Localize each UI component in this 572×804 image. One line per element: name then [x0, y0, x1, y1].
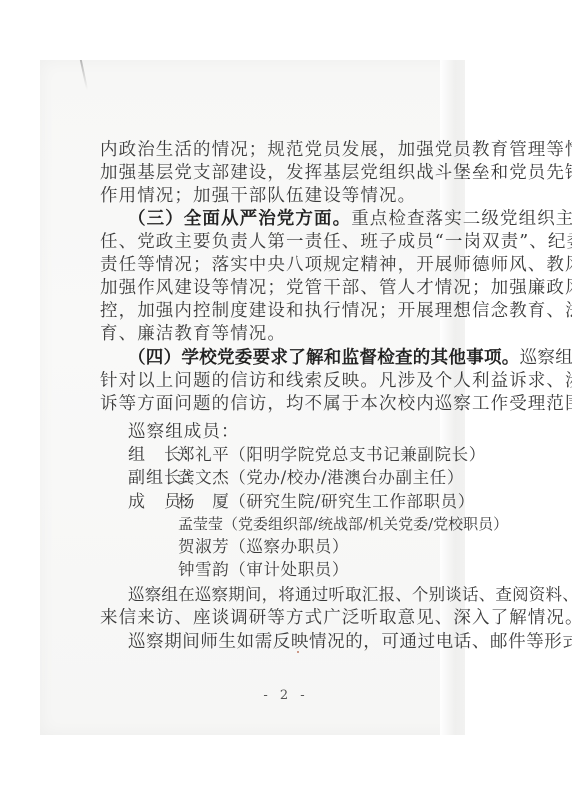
roster-entry: 龚文杰（党办/校办/港澳台办副主任）: [178, 467, 464, 489]
roster-entry: 孟莹莹（党委组织部/统战部/机关党委/党校职员）: [178, 513, 508, 535]
text-line: 巡察期间师生如需反映情况的，可通过电话、邮件等形式向: [128, 631, 468, 653]
section-3-heading: （三）全面从严治党方面。: [128, 209, 351, 229]
text-line: 巡察组在巡察期间，将通过听取汇报、个别谈话、查阅资料、: [128, 584, 468, 606]
text-line: 针对以上问题的信访和线索反映。凡涉及个人利益诉求、涉法涉: [100, 370, 466, 392]
roster-entry: 杨 厦（研究生院/研究生工作部职员）: [178, 491, 475, 513]
roster-title: 巡察组成员：: [128, 421, 494, 443]
text-line: 作用情况；加强干部队伍建设等情况。: [100, 185, 466, 207]
text-line: 控，加强内控制度建设和执行情况；开展理想信念教育、法纪教: [100, 300, 466, 322]
section-3-text: 重点检查落实二级党组织主体责: [351, 209, 572, 229]
text-line: 责任等情况；落实中央八项规定精神，开展师德师风、教风学风，: [100, 254, 466, 276]
text-line: 任、党政主要负责人第一责任、班子成员“一岗双责”、纪委监督: [100, 231, 466, 253]
section-4-text: 巡察组受理: [520, 348, 572, 368]
text-line: 诉等方面问题的信访，均不属于本次校内巡察工作受理范围。: [100, 393, 466, 415]
text-line: 加强基层党支部建设，发挥基层党组织战斗堡垒和党员先锋模范: [100, 162, 466, 184]
text-line: 育、廉洁教育等情况。: [100, 323, 466, 345]
text-line: 加强作风建设等情况；党管干部、管人才情况；加强廉政风险防: [100, 277, 466, 299]
section-4-heading: （四）学校党委要求了解和监督检查的其他事项。: [128, 348, 520, 368]
roster-entry: 贺淑芳（巡察办职员）: [178, 536, 349, 558]
roster-entry: 郑礼平（阳明学院党总支书记兼副院长）: [178, 444, 486, 466]
text-line: 来信来访、座谈调研等方式广泛听取意见、深入了解情况。: [100, 607, 466, 629]
section-4-first-line: （四）学校党委要求了解和监督检查的其他事项。巡察组受理: [128, 347, 468, 369]
page-number: - 2 -: [0, 688, 572, 703]
section-3-first-line: （三）全面从严治党方面。重点检查落实二级党组织主体责: [128, 208, 468, 230]
text-line: 内政治生活的情况；规范党员发展，加强党员教育管理等情况；: [100, 139, 466, 161]
roster-entry: 钟雪韵（审计处职员）: [178, 559, 349, 581]
scan-speck: [297, 651, 299, 653]
